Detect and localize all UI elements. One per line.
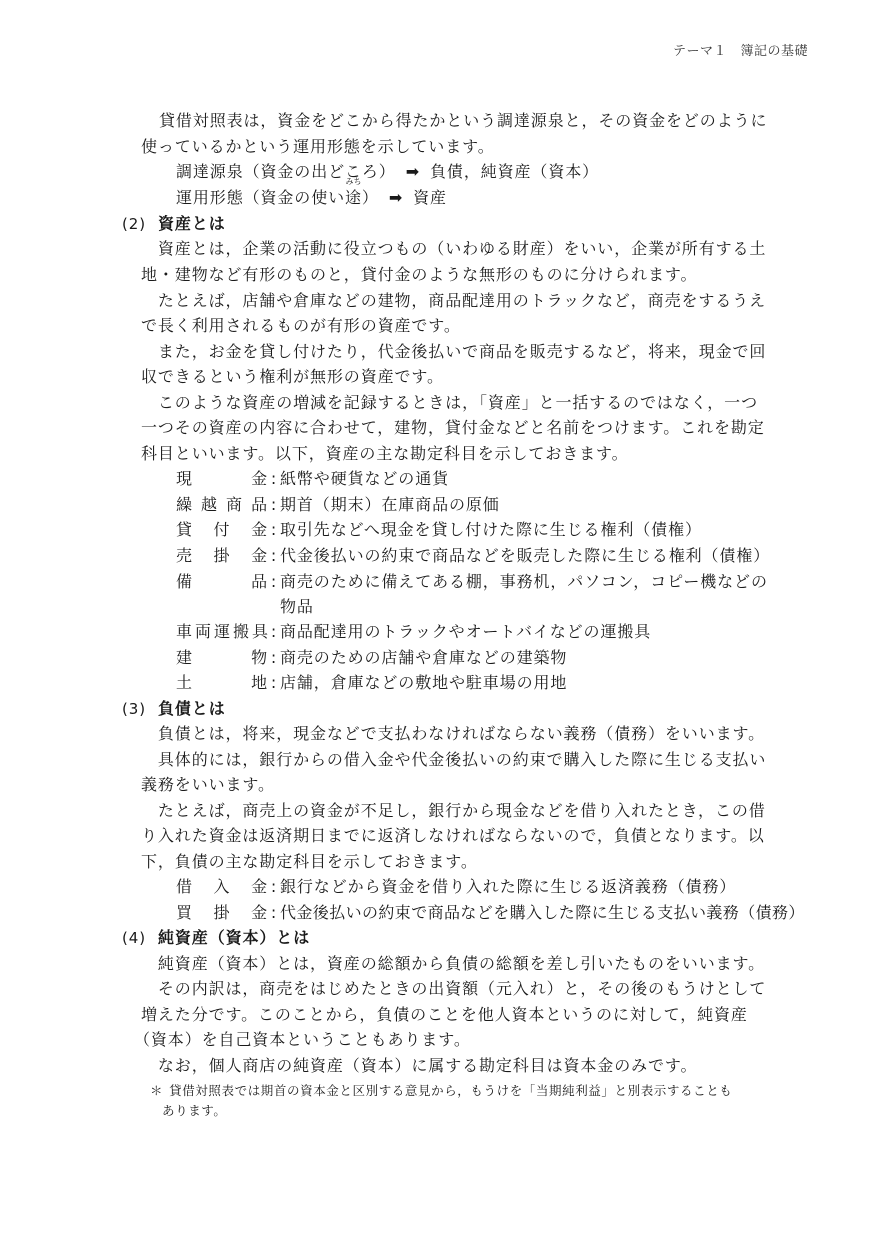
- account-description: 商売のために備えてある棚，事務机，パソコン，コピー機などの: [280, 572, 768, 591]
- net-assets-text-line: 純資産（資本）とは，資産の総額から負債の総額を差し引いたものをいいます。: [141, 954, 765, 974]
- account-description: 店舗，倉庫などの敷地や駐車場の用地: [280, 673, 567, 692]
- account-description-continued: 物品: [280, 597, 314, 617]
- colon: :: [268, 903, 280, 923]
- liabilities-text-line: 具体的には，銀行からの借入金や代金後払いの約束で購入した際に生じる支払い: [141, 750, 766, 770]
- net-assets-text-line: なお，個人商店の純資産（資本）に属する勘定科目は資本金のみです。: [141, 1056, 697, 1076]
- account-item: 現金:紙幣や硬貨などの通貨: [176, 469, 449, 489]
- account-term: 建物: [176, 648, 268, 668]
- funding-source-label: 調達源泉（資金の出どころ）: [176, 162, 396, 181]
- funding-source-value: 負債，純資産（資本）: [430, 162, 599, 181]
- account-item: 貸付金:取引先などへ現金を貸し付けた際に生じる権利（債権）: [176, 520, 702, 540]
- net-assets-text-line: （資本）を自己資本ということもあります。: [134, 1030, 471, 1050]
- footnote-line-2: あります。: [162, 1101, 227, 1121]
- net-assets-text-line: その内訳は，商売をはじめたときの出資額（元入れ）と，その後のもうけとして: [141, 979, 766, 999]
- fund-use-label-close: ）: [362, 188, 379, 207]
- account-item: 繰越商品:期首（期末）在庫商品の原価: [176, 495, 500, 515]
- liabilities-text-line: 義務をいいます。: [141, 775, 275, 795]
- assets-text-line: 一つその資産の内容に合わせて，建物，貸付金などと名前をつけます。これを勘定: [141, 418, 765, 438]
- account-item: 車両運搬具:商品配達用のトラックやオートバイなどの運搬具: [176, 622, 651, 642]
- section-title: 負債とは: [158, 699, 226, 718]
- account-term: 貸付金: [176, 520, 268, 540]
- footnote-text: 貸借対照表では期首の資本金と区別する意見から，もうけを「当期純利益」と別表示する…: [169, 1083, 732, 1098]
- account-term: 繰越商品: [176, 495, 268, 515]
- ruby-text: みち: [345, 178, 361, 186]
- colon: :: [268, 495, 280, 515]
- assets-text-line: で長く利用されるものが有形の資産です。: [141, 316, 461, 336]
- assets-text-line: また，お金を貸し付けたり，代金後払いで商品を販売するなど，将来，現金で回: [141, 342, 766, 362]
- account-description: 銀行などから資金を借り入れた際に生じる返済義務（債務）: [280, 877, 736, 896]
- section-heading-liabilities: (3)負債とは: [122, 699, 226, 719]
- running-header: テーマ１ 簿記の基礎: [673, 40, 808, 59]
- assets-text-line: たとえば，店舗や倉庫などの建物，商品配達用のトラックなど，商売をするうえ: [141, 291, 766, 311]
- account-description: 代金後払いの約束で商品などを販売した際に生じる権利（債権）: [280, 546, 770, 565]
- account-term: 現金: [176, 469, 268, 489]
- intro-paragraph-line-2: 使っているかという運用形態を示しています。: [141, 137, 495, 157]
- colon: :: [268, 622, 280, 642]
- liabilities-text-line: たとえば，商売上の資金が不足し，銀行から現金などを借り入れたとき，この借: [141, 801, 766, 821]
- colon: :: [268, 520, 280, 540]
- funding-source-row: 調達源泉（資金の出どころ） ➡ 負債，純資産（資本）: [176, 162, 599, 182]
- liabilities-text-line: 負債とは，将来，現金などで支払わなければならない義務（債務）をいいます。: [141, 724, 765, 744]
- account-term: 備品: [176, 572, 268, 592]
- account-term: 土地: [176, 673, 268, 693]
- fund-use-row: 運用形態（資金の使い途みち） ➡ 資産: [176, 188, 447, 208]
- arrow-right-icon: ➡: [389, 188, 403, 207]
- fund-use-label: 運用形態（資金の使い: [176, 188, 345, 207]
- section-number: (3): [122, 699, 158, 719]
- account-term: 車両運搬具: [176, 622, 268, 642]
- assets-text-line: 収できるという権利が無形の資産です。: [141, 367, 444, 387]
- assets-text-line: このような資産の増減を記録するときは，「資産」と一括するのではなく，一つ: [141, 393, 758, 413]
- account-description: 商品配達用のトラックやオートバイなどの運搬具: [280, 622, 651, 641]
- section-number: (4): [122, 928, 158, 948]
- account-term: 買掛金: [176, 903, 268, 923]
- footnote-marker: ＊: [150, 1083, 163, 1098]
- colon: :: [268, 648, 280, 668]
- ruby-base: 途: [345, 188, 362, 207]
- account-description: 商売のための店舗や倉庫などの建築物: [280, 648, 567, 667]
- assets-text-line: 科目といいます。以下，資産の主な勘定科目を示しておきます。: [141, 444, 629, 464]
- account-item: 建物:商売のための店舗や倉庫などの建築物: [176, 648, 567, 668]
- fund-use-value: 資産: [413, 188, 447, 207]
- section-title: 純資産（資本）とは: [158, 928, 310, 947]
- account-description: 紙幣や硬貨などの通貨: [280, 469, 449, 488]
- section-title: 資産とは: [158, 214, 226, 233]
- account-item: 借入金:銀行などから資金を借り入れた際に生じる返済義務（債務）: [176, 877, 736, 897]
- intro-paragraph-line-1: 貸借対照表は，資金をどこから得たかという調達源泉と，その資金をどのように: [159, 111, 767, 131]
- account-description: 取引先などへ現金を貸し付けた際に生じる権利（債権）: [280, 520, 702, 539]
- section-number: (2): [122, 214, 158, 234]
- section-heading-assets: (2)資産とは: [122, 214, 226, 234]
- colon: :: [268, 469, 280, 489]
- footnote-line-1: ＊貸借対照表では期首の資本金と区別する意見から，もうけを「当期純利益」と別表示す…: [150, 1081, 732, 1101]
- liabilities-text-line: り入れた資金は返済期日までに返済しなければならないので，負債となります。以: [141, 826, 765, 846]
- account-item: 土地:店舗，倉庫などの敷地や駐車場の用地: [176, 673, 567, 693]
- account-term: 借入金: [176, 877, 268, 897]
- assets-text-line: 資産とは，企業の活動に役立つもの（いわゆる財産）をいい，企業が所有する土: [141, 239, 766, 259]
- account-item: 買掛金:代金後払いの約束で商品などを購入した際に生じる支払い義務（債務）: [176, 903, 805, 923]
- ruby-annotation: 途みち: [345, 188, 362, 208]
- colon: :: [268, 673, 280, 693]
- account-term: 売掛金: [176, 546, 268, 566]
- colon: :: [268, 546, 280, 566]
- account-description: 期首（期末）在庫商品の原価: [280, 495, 500, 514]
- liabilities-text-line: 下，負債の主な勘定科目を示しておきます。: [141, 852, 478, 872]
- account-description: 代金後払いの約束で商品などを購入した際に生じる支払い義務（債務）: [280, 903, 805, 922]
- colon: :: [268, 572, 280, 592]
- account-item: 売掛金:代金後払いの約束で商品などを販売した際に生じる権利（債権）: [176, 546, 770, 566]
- arrow-right-icon: ➡: [406, 162, 420, 181]
- net-assets-text-line: 増えた分です。このことから，負債のことを他人資本というのに対して，純資産: [141, 1005, 748, 1025]
- colon: :: [268, 877, 280, 897]
- section-heading-net-assets: (4)純資産（資本）とは: [122, 928, 310, 948]
- account-item: 備品:商売のために備えてある棚，事務机，パソコン，コピー機などの: [176, 572, 768, 592]
- assets-text-line: 地・建物など有形のものと，貸付金のような無形のものに分けられます。: [141, 265, 697, 285]
